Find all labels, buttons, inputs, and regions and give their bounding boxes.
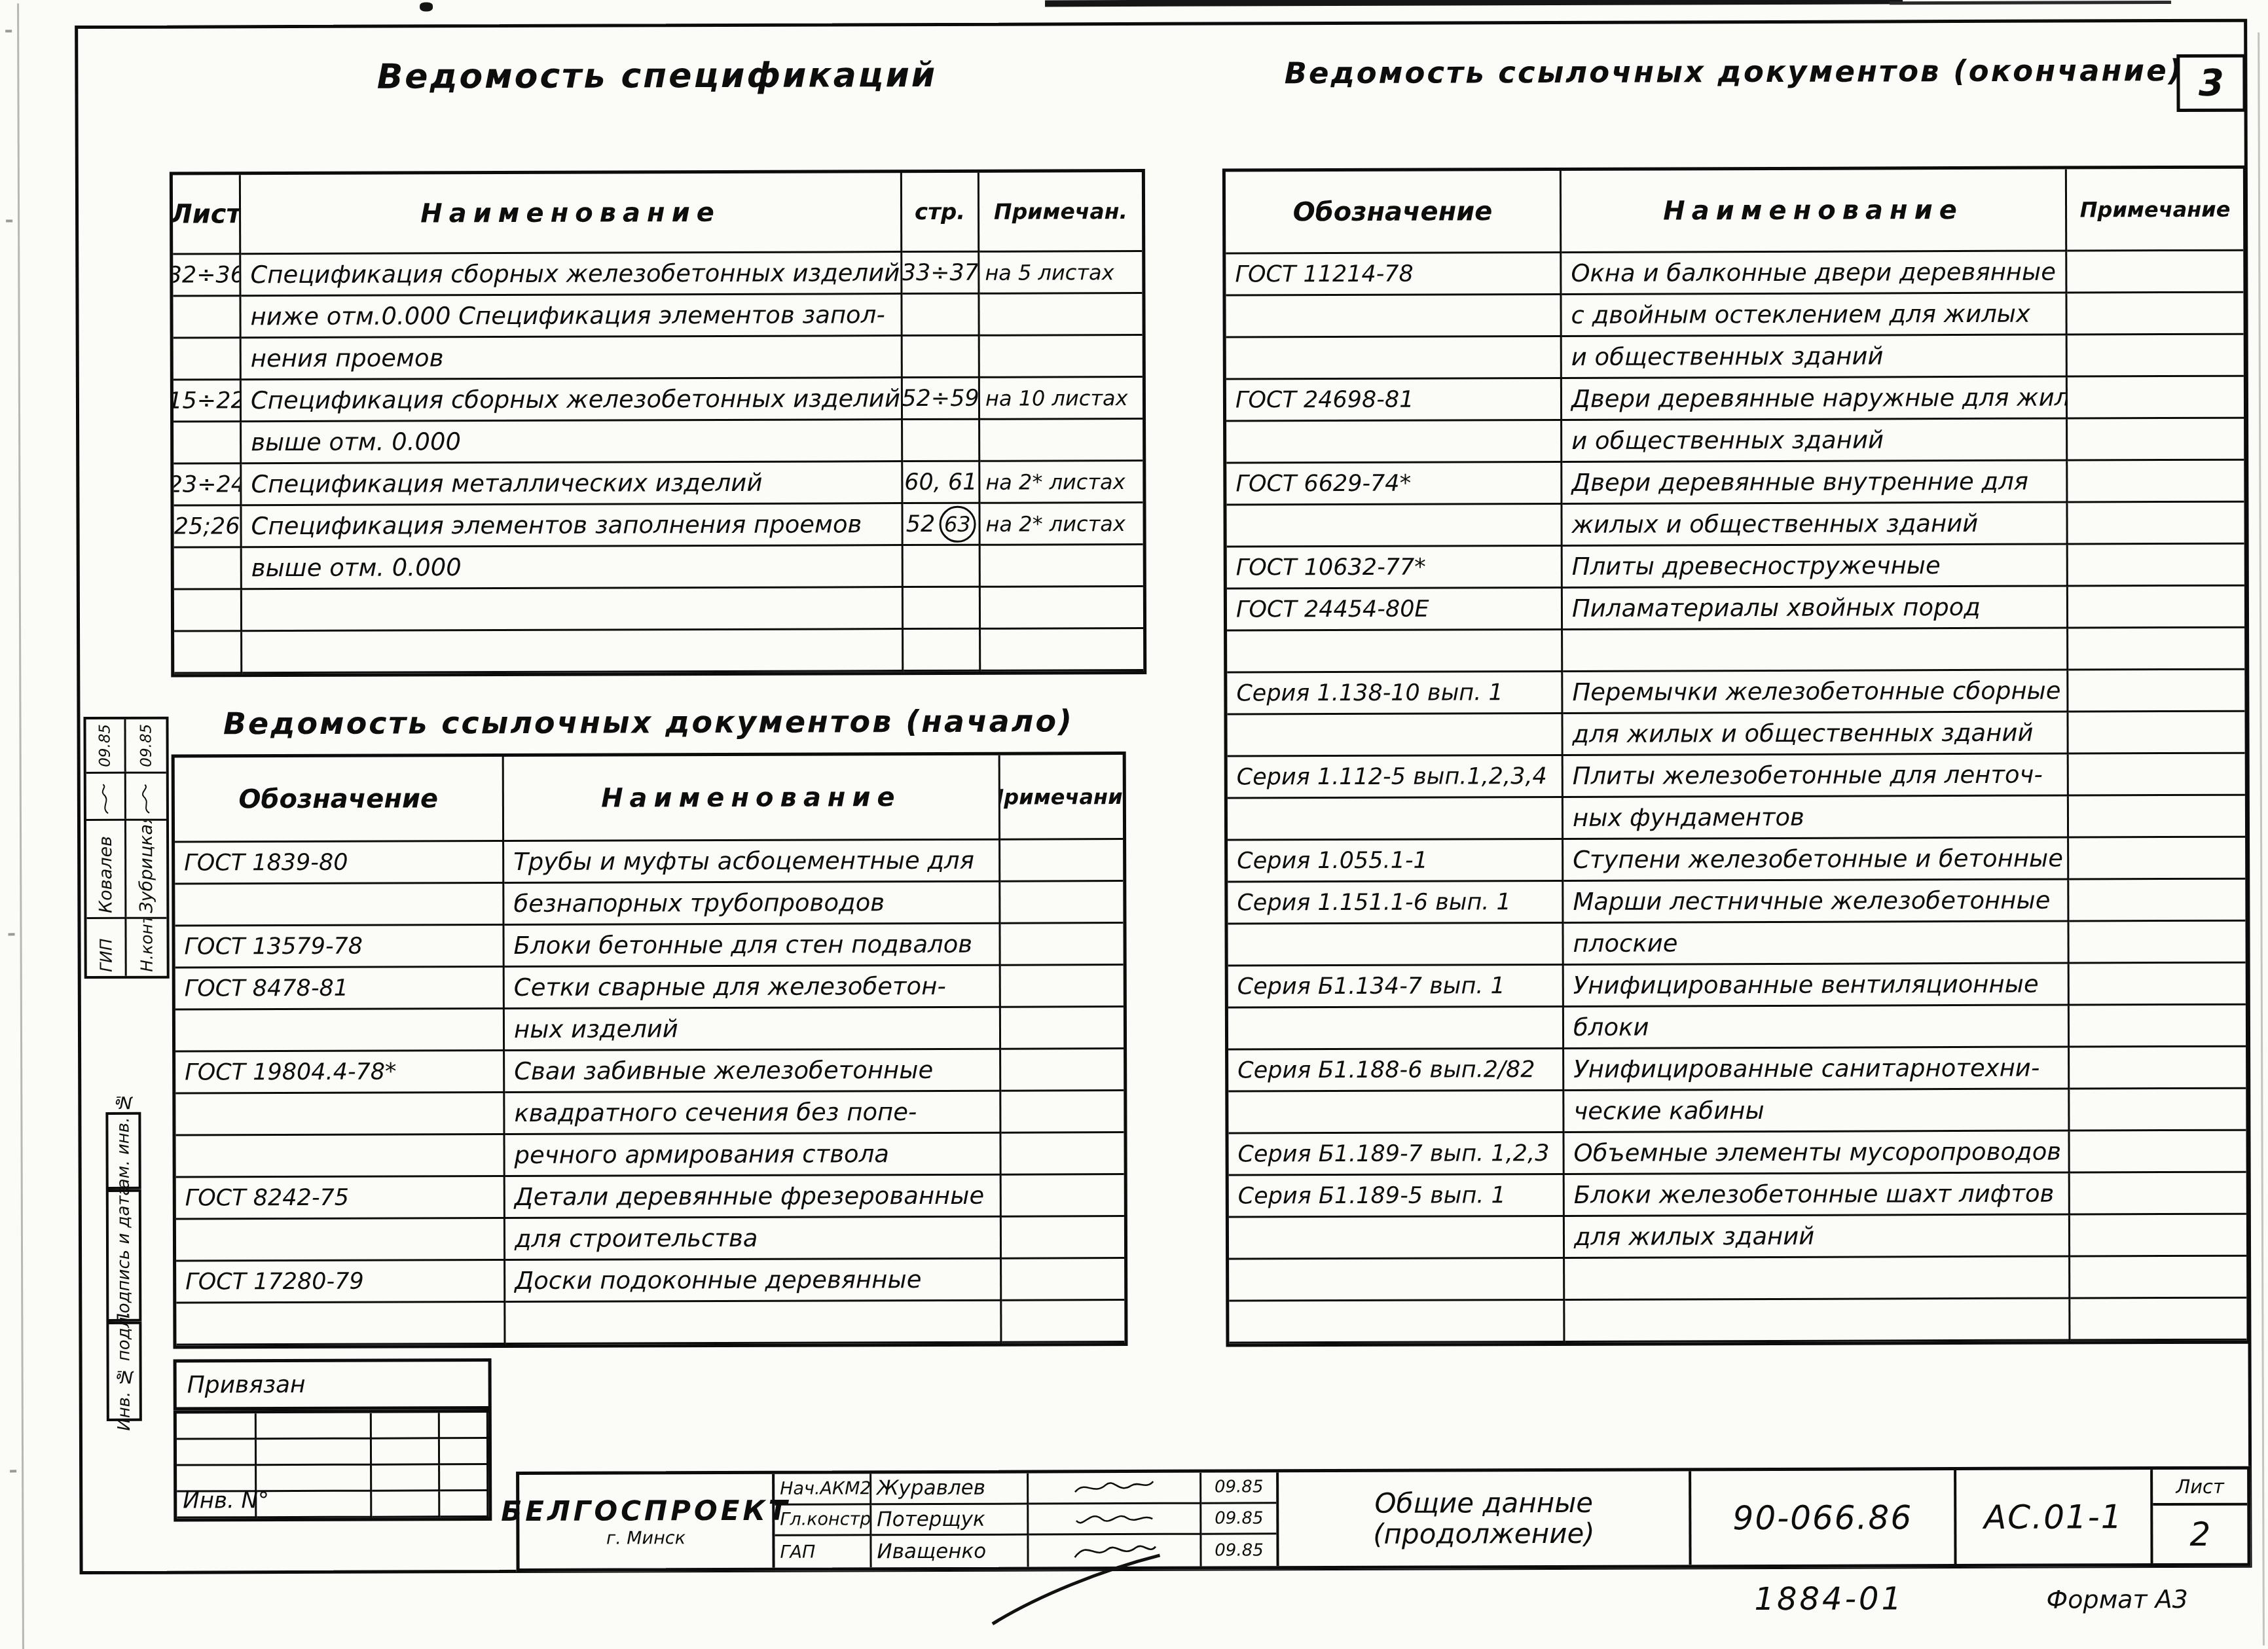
scan-tick	[5, 29, 12, 32]
table-cell: ГОСТ 11214-78	[1226, 253, 1562, 297]
table-cell: ГОСТ 10632-77*	[1227, 547, 1563, 590]
table-cell: Перемычки железобетонные сборные	[1563, 671, 2068, 714]
table-cell	[2069, 838, 2245, 880]
table-cell: с двойным остеклением для жилых	[1562, 294, 2067, 337]
table-cell: Объемные элементы мусоропроводов	[1564, 1132, 2070, 1175]
table-cell: Блоки бетонные для стен подвалов	[504, 924, 1000, 968]
table-cell	[174, 422, 242, 464]
mark-code: АС.01-1	[1984, 1498, 2123, 1536]
table-cell	[1000, 924, 1123, 966]
table-cell	[2068, 503, 2244, 545]
table-cell	[176, 1219, 505, 1262]
table-cell: ГОСТ 24698-81	[1226, 379, 1562, 422]
table-cell: речного армирования ствола	[505, 1134, 1001, 1177]
signature-date: 09.85	[126, 719, 166, 772]
signature	[126, 772, 166, 819]
column-header-note: Примечан.	[979, 172, 1142, 253]
table-cell	[2068, 587, 2244, 629]
format-label: Формат А3	[1993, 1585, 2242, 1614]
scan-tick	[10, 1470, 16, 1472]
table-cell: Сваи забивные железобетонные	[505, 1050, 1001, 1093]
stamp-label-inv-podl: Инв. № подл.	[106, 1322, 141, 1421]
table-cell	[904, 630, 981, 672]
column-header-code: Обозначение	[1226, 171, 1562, 255]
sheet-value: 2	[2189, 1506, 2210, 1563]
table-cell	[1229, 1259, 1565, 1302]
refs-end-table-title: Ведомость ссылочных документов (окончани…	[1222, 53, 2246, 91]
table-cell: Спецификация металлических изделий	[242, 462, 903, 506]
signer-name: Журавлев	[871, 1474, 1029, 1505]
inventory-number-label: Инв. N°	[183, 1487, 269, 1513]
table-cell: 23÷24	[174, 464, 242, 506]
table-cell	[242, 630, 904, 674]
table-cell	[1228, 1091, 1564, 1134]
signature	[86, 772, 126, 819]
table-cell: ниже отм.0.000 Спецификация элементов за…	[241, 295, 902, 338]
table-cell	[1001, 966, 1124, 1008]
table-cell	[2067, 293, 2243, 336]
revision-grid-cell	[440, 1439, 488, 1465]
signer-role: ГИП	[86, 917, 126, 976]
table-cell: 5263	[903, 504, 980, 546]
table-cell: для жилых зданий	[1565, 1216, 2070, 1259]
organization-city: г. Минск	[606, 1528, 686, 1548]
table-cell: Сетки сварные для железобетон-	[505, 966, 1001, 1009]
stamp-label-podpis-data: Подпись и дата	[106, 1189, 142, 1322]
paper-edge-left	[17, 3, 24, 1649]
table-cell: ГОСТ 8242-75	[176, 1177, 505, 1220]
table-cell: Спецификация сборных железобетонных изде…	[242, 378, 903, 422]
table-cell: квадратного сечения без попе-	[505, 1092, 1001, 1135]
sheet-cell: Лист 2	[2153, 1470, 2247, 1563]
table-cell	[1229, 1301, 1565, 1344]
table-cell	[1565, 1299, 2070, 1343]
table-cell	[2068, 377, 2244, 420]
table-cell	[2069, 796, 2245, 839]
scan-tick	[9, 933, 15, 935]
table-cell	[1000, 840, 1123, 882]
refs-start-table-title: Ведомость ссылочных документов (начало)	[171, 703, 1125, 742]
table-cell	[1002, 1217, 1124, 1259]
table-cell: на 10 листах	[980, 378, 1143, 420]
revision-grid-cell	[177, 1413, 257, 1440]
table-cell: Ступени железобетонные и бетонные	[1564, 839, 2069, 882]
table-cell	[1226, 295, 1562, 338]
table-cell	[981, 629, 1143, 672]
table-cell: ГОСТ 17280-79	[176, 1261, 505, 1304]
table-cell	[1229, 1217, 1565, 1260]
signature-date: 09.85	[1201, 1504, 1276, 1535]
table-cell: блоки	[1564, 1006, 2070, 1049]
pinned-box: Привязан	[174, 1358, 492, 1411]
table-cell	[1228, 1007, 1564, 1051]
table-cell: Плиты древесностружечные	[1563, 545, 2068, 589]
table-cell	[175, 1135, 505, 1178]
table-cell: Плиты железобетонные для ленточ-	[1564, 755, 2069, 798]
table-cell: 15÷22	[174, 380, 242, 422]
table-cell	[2069, 922, 2245, 964]
table-cell: ных фундаментов	[1564, 797, 2069, 840]
table-cell	[904, 546, 981, 588]
revision-grid-cell	[257, 1466, 372, 1493]
table-cell	[1226, 337, 1562, 380]
table-cell: Серия 1.055.1-1	[1228, 840, 1564, 883]
table-cell	[1226, 421, 1562, 464]
pinned-label: Привязан	[187, 1371, 306, 1398]
cell-text: 52	[906, 511, 936, 537]
sheet-label: Лист	[2153, 1470, 2247, 1506]
table-cell	[2068, 670, 2244, 713]
table-cell	[904, 588, 981, 630]
table-cell: ных изделий	[505, 1008, 1001, 1051]
table-cell	[242, 588, 904, 632]
table-cell	[175, 1093, 505, 1136]
table-cell: ГОСТ 13579-78	[175, 926, 504, 969]
spec-table-title: Ведомость спецификаций	[169, 55, 1144, 98]
table-cell	[1227, 714, 1563, 757]
table-cell	[2069, 880, 2245, 922]
table-cell: Доски подоконные деревянные	[505, 1259, 1002, 1303]
revision-grid-cell	[257, 1492, 372, 1519]
table-cell: Серия 1.112-5 вып.1,2,3,4	[1228, 756, 1564, 799]
table-cell	[903, 420, 980, 462]
signature	[1029, 1504, 1201, 1536]
table-cell	[175, 1009, 505, 1053]
table-cell	[979, 294, 1142, 336]
scan-tick	[6, 219, 12, 222]
table-cell: выше отм. 0.000	[242, 546, 904, 590]
table-cell	[2068, 419, 2244, 462]
table-cell: Марши лестничные железобетонные	[1564, 880, 2069, 924]
signer-role: Нач.АКМ2	[775, 1474, 871, 1505]
table-cell	[981, 545, 1143, 588]
table-cell: Серия Б1.134-7 вып. 1	[1228, 966, 1564, 1009]
revision-grid-cell	[440, 1465, 488, 1491]
revision-grid-cell	[257, 1440, 372, 1466]
table-cell: нения проемов	[242, 336, 903, 380]
table-cell	[2068, 335, 2244, 378]
table-cell	[2069, 754, 2245, 797]
table-cell	[1001, 1091, 1124, 1134]
table-cell: Унифицированные вентиляционные	[1564, 964, 2070, 1007]
mark-cell: АС.01-1	[1956, 1470, 2153, 1564]
table-cell	[1002, 1259, 1124, 1301]
table-cell: Спецификация элементов заполнения проемо…	[242, 504, 903, 548]
table-cell: Серия Б1.189-5 вып. 1	[1229, 1175, 1565, 1218]
revision-grid-cell	[440, 1413, 488, 1439]
spec-table: Лист Наименование стр. Примечан. 32÷36Сп…	[170, 169, 1146, 678]
table-cell: Серия Б1.189-7 вып. 1,2,3	[1228, 1133, 1564, 1176]
column-header-name: Наименование	[241, 173, 902, 255]
column-header-page: стр.	[902, 173, 979, 253]
table-cell: ГОСТ 24454-80Е	[1227, 589, 1563, 632]
stamp-label-vzam-inv: Взам. инв. №	[105, 1112, 141, 1189]
table-cell: Трубы и муфты асбоцементные для	[504, 841, 1000, 884]
table-cell	[1227, 630, 1563, 674]
table-cell	[174, 548, 242, 590]
signer-name: Потерщук	[871, 1504, 1029, 1536]
stray-pen-stroke	[984, 1550, 1167, 1629]
signature-date: 09.85	[86, 719, 126, 772]
table-cell: Детали деревянные фрезерованные	[505, 1176, 1002, 1219]
table-cell: плоские	[1564, 922, 2069, 966]
column-header-note: Примечание	[2067, 169, 2243, 252]
stamp-number: 1884-01	[1718, 1580, 1941, 1618]
column-header-sheet: Лист	[173, 175, 241, 255]
table-cell	[2070, 1215, 2246, 1258]
table-cell	[980, 336, 1143, 378]
table-cell	[174, 632, 242, 674]
column-header-name: Наименование	[1562, 170, 2067, 253]
table-cell	[1002, 1301, 1124, 1343]
revision-grid-cell	[440, 1491, 488, 1517]
paper-edge-right	[2258, 33, 2265, 1646]
table-cell	[2070, 964, 2246, 1006]
table-cell	[173, 297, 241, 338]
revision-grid-cell	[177, 1440, 257, 1466]
signer-name: Зубрицкая	[126, 819, 166, 917]
organization-cell: БЕЛГОСПРОЕКТ г. Минск	[519, 1474, 775, 1568]
table-cell	[2070, 1299, 2246, 1341]
table-cell: ГОСТ 1839-80	[175, 842, 504, 885]
table-cell: Спецификация сборных железобетонных изде…	[241, 253, 902, 297]
table-cell: Серия Б1.188-6 вып.2/82	[1228, 1049, 1564, 1093]
table-cell	[174, 338, 242, 380]
column-header-code: Обозначение	[175, 757, 504, 843]
revision-grid-cell	[372, 1439, 440, 1465]
table-cell	[2068, 545, 2244, 587]
table-cell	[2067, 251, 2243, 294]
table-cell: ГОСТ 19804.4-78*	[175, 1051, 505, 1095]
table-cell	[1228, 924, 1564, 967]
signature-date: 09.85	[1201, 1535, 1276, 1567]
table-cell: Двери деревянные наружные для жилых	[1562, 378, 2068, 421]
project-code-cell: 90-066.86	[1691, 1470, 1956, 1565]
signer-role: ГАП	[775, 1536, 871, 1568]
signer-name: Ковалев	[86, 819, 126, 917]
table-cell	[1001, 1007, 1124, 1050]
table-cell: 60, 61	[903, 462, 980, 504]
table-cell: на 2* листах	[980, 503, 1143, 546]
table-cell	[2068, 461, 2244, 503]
circled-value: 63	[939, 505, 976, 542]
document-title-cell: Общие данные (продолжение)	[1279, 1471, 1691, 1566]
table-cell: 25;26	[174, 506, 242, 548]
table-cell	[903, 336, 980, 378]
table-cell	[2068, 712, 2244, 755]
table-cell	[2070, 1006, 2246, 1048]
refs-end-table: Обозначение Наименование Примечание ГОСТ…	[1222, 166, 2250, 1347]
revision-grid-cell	[372, 1413, 440, 1439]
table-cell	[2070, 1257, 2246, 1299]
table-cell: 52÷59	[903, 378, 980, 420]
table-cell: ГОСТ 8478-81	[175, 968, 505, 1011]
refs-start-table: Обозначение Наименование Примечание ГОСТ…	[172, 752, 1128, 1349]
table-cell	[1001, 1133, 1124, 1176]
signature	[1029, 1473, 1201, 1504]
revision-grid-cell	[257, 1413, 372, 1440]
table-cell: жилых и общественных зданий	[1562, 503, 2068, 547]
table-cell: и общественных зданий	[1562, 420, 2068, 463]
table-cell: Унифицированные санитарнотехни-	[1564, 1048, 2070, 1091]
scan-smear	[1890, 1, 2171, 5]
scan-blob	[420, 2, 433, 11]
table-cell: выше отм. 0.000	[242, 420, 903, 464]
table-cell	[980, 420, 1143, 462]
table-cell	[1001, 1049, 1124, 1092]
table-cell	[2070, 1131, 2246, 1174]
table-cell	[1226, 505, 1562, 548]
table-cell	[1000, 882, 1123, 924]
table-cell	[174, 590, 242, 632]
scan-smear	[1045, 0, 1903, 7]
side-signature-table: ГИП Ковалев 09.85 Н.контр Зубрицкая 09.8…	[83, 717, 169, 979]
project-code: 90-066.86	[1732, 1498, 1912, 1537]
table-cell: Блоки железобетонные шахт лифтов	[1565, 1174, 2070, 1217]
title-block: БЕЛГОСПРОЕКТ г. Минск Нач.АКМ2 Журавлев …	[516, 1466, 2250, 1572]
table-cell	[176, 1303, 505, 1346]
table-cell	[505, 1301, 1002, 1345]
table-cell: ческие кабины	[1564, 1090, 2070, 1133]
table-cell: для жилых и общественных зданий	[1563, 713, 2068, 756]
table-cell: безнапорных трубопроводов	[504, 882, 1000, 926]
table-cell	[1563, 629, 2068, 672]
table-cell	[902, 295, 979, 336]
table-cell	[2070, 1089, 2246, 1132]
table-cell: и общественных зданий	[1562, 336, 2068, 379]
organization-name: БЕЛГОСПРОЕКТ	[501, 1494, 790, 1527]
table-cell	[1565, 1258, 2070, 1301]
table-cell: Пиламатериалы хвойных пород	[1563, 587, 2068, 630]
table-cell: Серия 1.138-10 вып. 1	[1227, 672, 1563, 716]
revision-grid-cell	[372, 1465, 440, 1491]
signature-date: 09.85	[1201, 1472, 1276, 1504]
revision-grid-cell	[372, 1491, 440, 1517]
table-cell: на 5 листах	[979, 252, 1142, 295]
table-cell: Двери деревянные внутренние для	[1562, 462, 2068, 505]
table-cell	[175, 884, 504, 927]
column-header-note: Примечание	[1000, 755, 1123, 841]
column-header-name: Наименование	[504, 755, 1000, 842]
table-cell	[981, 587, 1143, 630]
document-title: Общие данные (продолжение)	[1279, 1488, 1689, 1549]
scanned-drawing-sheet: 3 Ведомость спецификаций Ведомость ссыло…	[0, 0, 2268, 1649]
table-cell: 32÷36	[173, 255, 241, 297]
table-cell: для строительства	[505, 1218, 1002, 1261]
signer-role: Гл.констр.	[775, 1505, 871, 1536]
table-cell: Серия 1.151.1-6 вып. 1	[1228, 882, 1564, 925]
table-cell: Окна и балконные двери деревянные	[1562, 252, 2067, 295]
table-cell: на 2* листах	[980, 462, 1143, 504]
table-cell	[2070, 1173, 2246, 1216]
table-cell	[1002, 1175, 1124, 1218]
table-cell: 33÷37	[902, 253, 979, 295]
table-cell	[2070, 1047, 2246, 1090]
signer-role: Н.контр	[126, 917, 166, 976]
table-cell	[1228, 798, 1564, 841]
table-cell: ГОСТ 6629-74*	[1226, 463, 1562, 506]
table-cell	[2068, 628, 2244, 671]
